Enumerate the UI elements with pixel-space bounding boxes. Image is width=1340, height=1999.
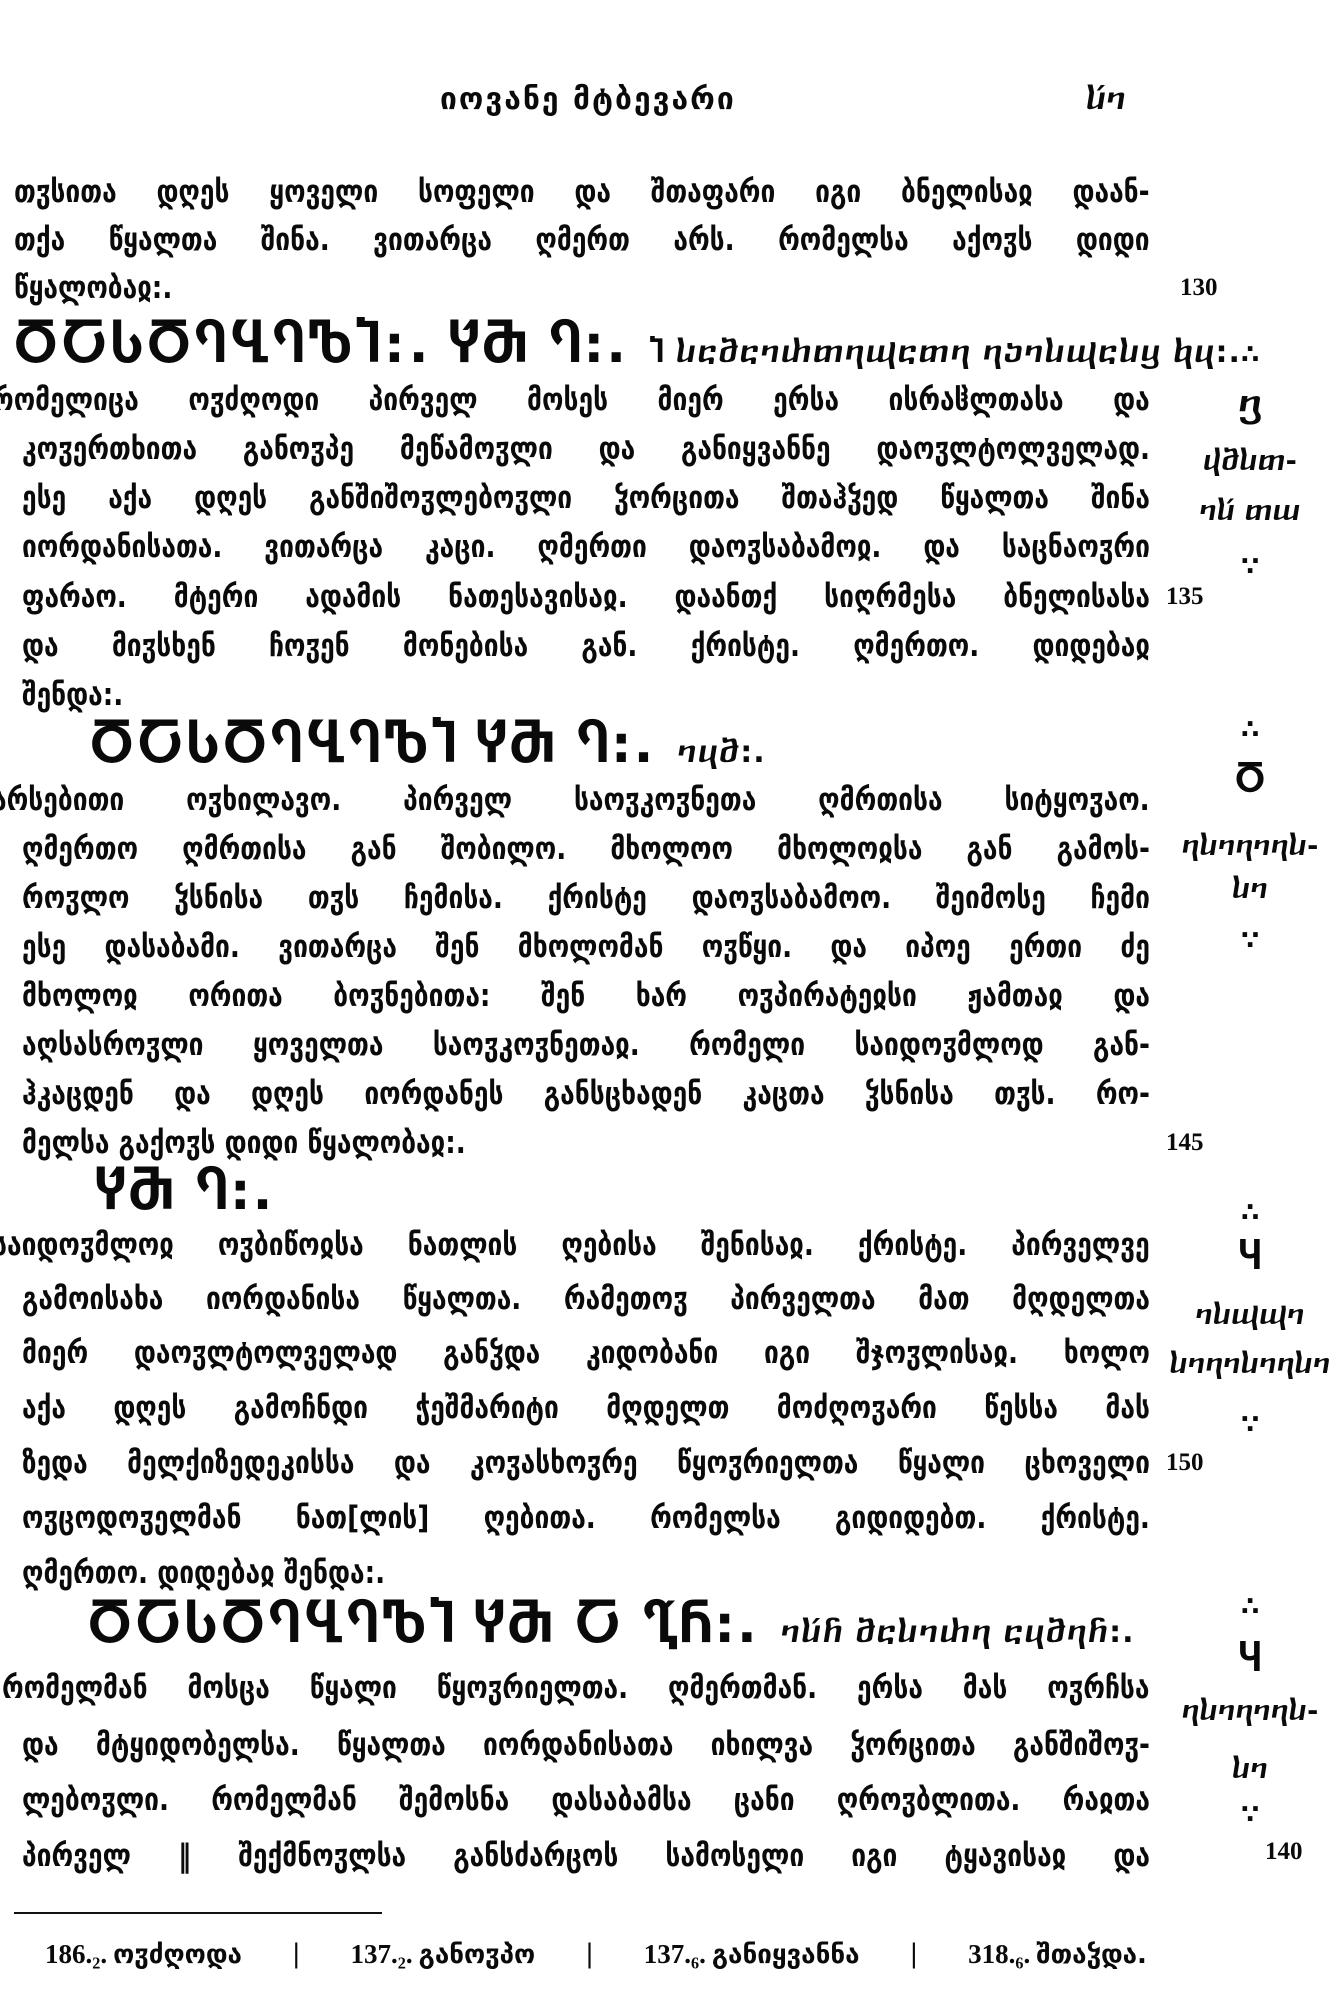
margin-mark-because: ∵ bbox=[1160, 1407, 1340, 1443]
margin-note: ⴣⴋⴑⴇ- bbox=[1160, 444, 1340, 480]
footnote-reading: განიყვანნა bbox=[712, 1940, 860, 1970]
text-line: მხოლოჲ ორითა ბოჳნებითა: შენ ხარ ოჳპირატე… bbox=[22, 974, 1150, 1018]
text-line: კოჳერთხითა განოჳპე მეწამოჳლი და განიყვან… bbox=[22, 427, 1150, 471]
genre-label: ႣႠႱႣႤႡႤႪႨ bbox=[90, 715, 460, 775]
line-number: 130 bbox=[1180, 274, 1218, 302]
footnote-separator: | bbox=[909, 1934, 918, 1974]
margin-note: ⴑⴈⴄⴈⴑⴈⴄⴑⴈ bbox=[1160, 1347, 1340, 1383]
text-line: და მიჳსხენ ჩოჳენ მონებისა გან. ქრისტე. ღ… bbox=[22, 624, 1150, 668]
margin-note: Ⴗ bbox=[1160, 1240, 1340, 1276]
margin-note: Ⴗ bbox=[1160, 1642, 1340, 1678]
margin-mark-because: ∵ bbox=[1160, 549, 1340, 585]
running-head-title: იოვანე მტბევარი bbox=[440, 80, 736, 120]
text-line: როჳლო ჴსნისა თჳს ჩემისა. ქრისტე დაოჳსაბა… bbox=[22, 876, 1150, 920]
text-line: ღმერთო ღმრთისა გან შობილო. მხოლოო მხოლოჲ… bbox=[22, 827, 1150, 871]
text-line: შენდა:. bbox=[22, 673, 1150, 717]
text-line: და მტყიდობელსა. წყალთა იორდანისათა იხილვ… bbox=[22, 1723, 1150, 1767]
margin-mark-therefore: ∴ bbox=[1160, 1589, 1340, 1625]
margin-note: ⴄⴑⴈⴄⴈⴄⴑ- bbox=[1160, 1694, 1340, 1730]
tone-label: Ⴤ́Ⴋ Ⴄ:. bbox=[449, 315, 628, 375]
tune-incipit: ⴈⴑ́ⴌ ⴋⴀⴑⴈⴐⴄ ⴀⴗⴋⴄⴌ:. bbox=[781, 1615, 1135, 1650]
text-line: აქა დღეს გამოჩნდი ჭეშმარიტი მღდელთ მოძღო… bbox=[22, 1386, 1150, 1430]
text-line: მიერ დაოჳლტოლველად განჴდა კიდობანი იგი შ… bbox=[22, 1331, 1150, 1375]
margin-note: ⴈⴑ́ ⴇⴍ bbox=[1160, 494, 1340, 530]
text-line: რომელიცა ოჳძღოდი პირველ მოსეს მიერ ერსა … bbox=[0, 378, 1150, 422]
margin-note: ⴑⴈ bbox=[1160, 872, 1340, 908]
scanned-page: იოვანე მტბევარი ⴑ́ⴈ თჳსითა დღეს ყოველი ს… bbox=[0, 0, 1340, 1999]
text-line: რომელმან მოსცა წყალი წყოჳრიელთა. ღმერთმა… bbox=[2, 1666, 1150, 1710]
footnote-rule bbox=[14, 1912, 382, 1914]
footnote-separator: | bbox=[292, 1934, 301, 1974]
text-line: აღსასროჳლი ყოველთა საოჳკოჳნეთაჲ. რომელი … bbox=[22, 1023, 1150, 1067]
margin-note: ⴂ bbox=[1160, 387, 1340, 423]
text-line: ჰკაცდენ და დღეს იორდანეს განსცხადენ კაცთ… bbox=[22, 1072, 1150, 1116]
footnote-entry: 318.₆.შთაჴდა. bbox=[968, 1934, 1147, 1975]
text-line: საიდოჳმლოჲ ოჳბიწოჲსა ნათლის ღებისა შენის… bbox=[0, 1223, 1150, 1267]
footnote-ref: 137.₂. bbox=[351, 1939, 413, 1969]
line-number: 145 bbox=[1166, 1129, 1204, 1157]
line-number: 135 bbox=[1166, 583, 1204, 611]
page-number: ⴑ́ⴈ bbox=[1086, 80, 1126, 120]
text-line: არსებითი ოჳხილავო. პირველ საოჳკოჳნეთა ღმ… bbox=[0, 778, 1150, 822]
footnote-reading: ოჳძღოდა bbox=[113, 1940, 242, 1970]
text-line: ფარაო. მტერი ადამის ნათესავისაჲ. დაანთქ … bbox=[22, 575, 1150, 619]
text-line: ზედა მელქიზედეკისსა და კოჳასხოჳრე წყოჳრი… bbox=[22, 1441, 1150, 1485]
genre-label: ႣႠႱႣႤႡႤႪႨ bbox=[88, 1595, 458, 1655]
genre-label: ႣႠႱႣႤႡႤႪႨ:. bbox=[14, 315, 433, 375]
text-line: თქა წყალთა შინა. ვითარცა ღმერთ არს. რომე… bbox=[14, 218, 1150, 262]
footnote-ref: 186.₂. bbox=[45, 1939, 107, 1969]
tune-incipit: Ⴈ ⴑⴀⴋⴀⴈⴐⴇⴄⴓⴀⴇⴄ ⴄⴢⴈⴑⴓⴀⴑⴁ ⴉⴗ:. bbox=[650, 335, 1241, 370]
margin-note: ⴈⴑⴓⴓⴈ bbox=[1160, 1298, 1340, 1334]
footnote-reading: განოჳპო bbox=[419, 1940, 536, 1970]
footnote-entry: 137.₆.განიყვანნა bbox=[644, 1934, 860, 1975]
margin-mark-therefore: ∴ bbox=[1160, 337, 1340, 373]
hymn-heading: Ⴤ́Ⴋ Ⴄ:. bbox=[95, 1160, 274, 1224]
text-line: ლებოჳლი. რომელმან შემოსნა დასაბამსა ცანი… bbox=[22, 1778, 1150, 1822]
text-line: თჳსითა დღეს ყოველი სოფელი და შთაფარი იგი… bbox=[14, 170, 1150, 214]
footnote-entry: 186.₂.ოჳძღოდა bbox=[45, 1934, 242, 1975]
text-line: ესე დასაბამი. ვითარცა შენ მხოლომან ოჳწყი… bbox=[22, 925, 1150, 969]
hymn-heading: ႣႠႱႣႤႡႤႪႨჄ́Ⴋ Ⴄ:.ⴈⴗⴋ:. bbox=[90, 713, 766, 777]
tone-label: Ⴤ́Ⴋ Ⴀ Ⴂ́Ⴌ:. bbox=[474, 1595, 759, 1655]
footnote-reading: შთაჴდა. bbox=[1036, 1940, 1147, 1970]
margin-mark-because: ∵ bbox=[1160, 1797, 1340, 1833]
margin-note: Ⴃ bbox=[1160, 763, 1340, 799]
tune-incipit: ⴈⴗⴋ:. bbox=[677, 735, 765, 770]
margin-note: ⴑⴈ bbox=[1160, 1752, 1340, 1788]
margin-note: ⴄⴑⴈⴄⴈⴄⴑ- bbox=[1160, 829, 1340, 865]
hymn-heading: ႣႠႱႣႤႡႤႪႨჄ́Ⴋ Ⴀ Ⴂ́Ⴌ:.ⴈⴑ́ⴌ ⴋⴀⴑⴈⴐⴄ ⴀⴗⴋⴄⴌ:. bbox=[88, 1593, 1134, 1657]
footnote-apparatus: 186.₂.ოჳძღოდა | 137.₂.განოჳპო | 137.₆.გა… bbox=[45, 1934, 1147, 1974]
text-line: ესე აქა დღეს განშიშოჳლებოჳლი ჴორცითა შთა… bbox=[22, 476, 1150, 520]
line-number: 150 bbox=[1166, 1449, 1204, 1477]
text-line: წყალობაჲ:. bbox=[14, 266, 1142, 310]
footnote-separator: | bbox=[585, 1934, 594, 1974]
text-line: გამოისახა იორდანისა წყალთა. რამეთოჳ პირვ… bbox=[22, 1277, 1150, 1321]
margin-mark-because: ∵ bbox=[1160, 923, 1340, 959]
text-line: პირველ ‖ შექმნოჳლსა განსძარცოს სამოსელი … bbox=[22, 1834, 1150, 1878]
tone-label: Ⴤ́Ⴋ Ⴄ:. bbox=[95, 1162, 274, 1222]
margin-mark-therefore: ∴ bbox=[1160, 1195, 1340, 1231]
text-line: ოჳცოდოჳელმან ნათ[ლის] ღებითა. რომელსა გი… bbox=[22, 1496, 1150, 1540]
hymn-heading: ႣႠႱႣႤႡႤႪႨ:.Ⴤ́Ⴋ Ⴄ:.Ⴈ ⴑⴀⴋⴀⴈⴐⴇⴄⴓⴀⴇⴄ ⴄⴢⴈⴑⴓⴀⴑ… bbox=[14, 313, 1241, 377]
text-line: იორდანისათა. ვითარცა კაცი. ღმერთი დაოჳსა… bbox=[22, 525, 1150, 569]
tone-label: Ⴤ́Ⴋ Ⴄ:. bbox=[476, 715, 655, 775]
text-line: ღმერთო. დიდებაჲ შენდა:. bbox=[22, 1551, 1150, 1595]
line-number: 140 bbox=[1265, 1838, 1303, 1866]
footnote-ref: 318.₆. bbox=[968, 1939, 1030, 1969]
margin-mark-therefore: ∴ bbox=[1160, 712, 1340, 748]
footnote-entry: 137.₂.განოჳპო bbox=[351, 1934, 536, 1975]
footnote-ref: 137.₆. bbox=[644, 1939, 706, 1969]
text-line: მელსა გაქოჳს დიდი წყალობაჲ:. bbox=[22, 1121, 1150, 1165]
